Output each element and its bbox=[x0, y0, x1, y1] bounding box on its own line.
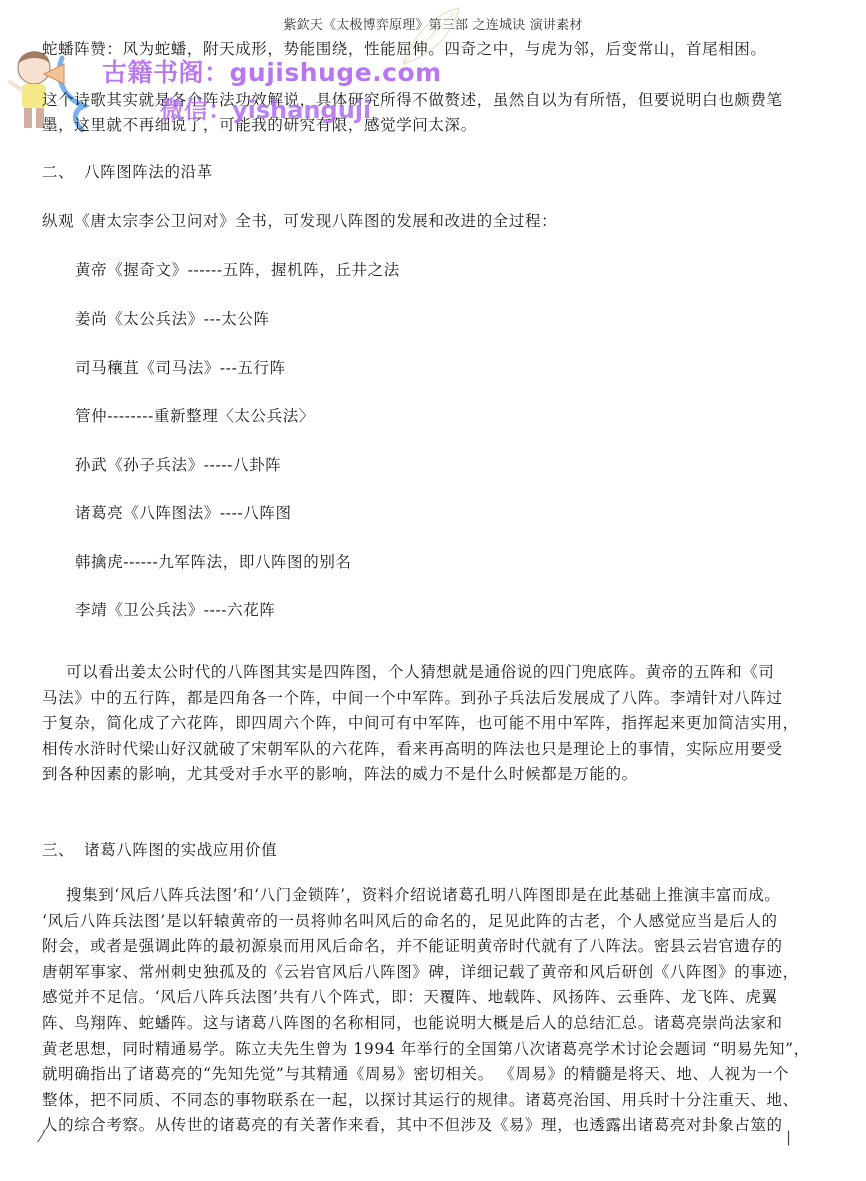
body-line: 就明确指出了诸葛亮的“先知先觉”与其精通《周易》密切相关。 《周易》的精髓是将天… bbox=[42, 1062, 794, 1088]
list-item: 黄帝《握奇文》------五阵，握机阵，丘井之法 bbox=[75, 258, 400, 280]
list-item: 司马穰苴《司马法》---五行阵 bbox=[75, 356, 286, 378]
list-item: 孙武《孙子兵法》-----八卦阵 bbox=[75, 453, 281, 475]
body-line: 阵、鸟翔阵、蛇蟠阵。这与诸葛八阵图的名称相同，也能说明大概是后人的总结汇总。诸葛… bbox=[42, 1011, 794, 1037]
list-item: 韩擒虎------九军阵法，即八阵图的别名 bbox=[75, 550, 352, 572]
site-watermark: 古籍书阁：gujishuge.com bbox=[102, 53, 442, 89]
body-line: ‘风后八阵兵法图’是以轩辕黄帝的一员将帅名叫风后的命名的，足见此阵的古老，个人感… bbox=[42, 909, 794, 935]
footer-right-mark: | bbox=[786, 1128, 791, 1146]
section-title: 诸葛八阵图的实战应用价值 bbox=[84, 841, 277, 859]
section-number: 三、 bbox=[42, 838, 84, 860]
body-line: 黄老思想，同时精通易学。陈立夫先生曾为 1994 年举行的全国第八次诸葛亮学术讨… bbox=[42, 1037, 794, 1063]
document-page: 紫欽天《太极博弈原理》第三部 之连城诀 演讲素材 蛇蟠阵赞：风为蛇蟠，附天成形，… bbox=[0, 0, 866, 1181]
summary-line: 马法》中的五行阵，都是四角各一个阵，中间一个中军阵。到孙子兵法后发展成了八阵。李… bbox=[42, 686, 794, 712]
body-line: 搜集到‘风后八阵兵法图’和‘八门金锁阵’，资料介绍说诸葛孔明八阵图即是在此基础上… bbox=[42, 883, 794, 909]
section-2-lead: 纵观《唐太宗李公卫问对》全书，可发现八阵图的发展和改进的全过程： bbox=[42, 209, 557, 231]
wechat-watermark: 微信：yishanguji bbox=[160, 90, 371, 125]
summary-line: 于复杂，简化成了六花阵，即四周六个阵，中间可有中军阵，也可能不用中军阵，指挥起来… bbox=[42, 711, 794, 737]
list-item: 李靖《卫公兵法》----六花阵 bbox=[75, 598, 275, 620]
body-line: 感觉并不足信。‘风后八阵兵法图’共有八个阵式，即：天覆阵、地载阵、风扬阵、云垂阵… bbox=[42, 985, 794, 1011]
body-line: 整体，把不同质、不同态的事物联系在一起，以探讨其运行的规律。诸葛亮治国、用兵时十… bbox=[42, 1088, 794, 1114]
comment-line-1: 这个诗歌其实就是各个阵法功效解说，具体研究所得不做赘述，虽然自以为有所悟，但要说… bbox=[42, 88, 783, 110]
body-line: 唐朝军事家、常州刺史独孤及的《云岩官风后八阵图》碑，详细记载了黄帝和风后研创《八… bbox=[42, 960, 794, 986]
summary-line: 到各种因素的影响，尤其受对手水平的影响，阵法的威力不是什么时候都是万能的。 bbox=[42, 762, 794, 788]
footer-left-mark: ⁄ bbox=[40, 1128, 43, 1146]
list-item: 姜尚《太公兵法》---太公阵 bbox=[75, 307, 270, 329]
summary-line: 可以看出姜太公时代的八阵图其实是四阵图，个人猜想就是通俗说的四门兜底阵。黄帝的五… bbox=[42, 660, 794, 686]
list-item: 管仲--------重新整理〈太公兵法〉 bbox=[75, 404, 315, 426]
section-number: 二、 bbox=[42, 160, 84, 182]
section-2-heading: 二、八阵图阵法的沿革 bbox=[42, 160, 213, 182]
page-header: 紫欽天《太极博弈原理》第三部 之连城诀 演讲素材 bbox=[0, 14, 866, 33]
section-2-summary: 可以看出姜太公时代的八阵图其实是四阵图，个人猜想就是通俗说的四门兜底阵。黄帝的五… bbox=[42, 660, 794, 788]
list-item: 诸葛亮《八阵图法》----八阵图 bbox=[75, 501, 292, 523]
body-line: 附会，或者是强调此阵的最初源泉而用风后命名，并不能证明黄帝时代就有了八阵法。密县… bbox=[42, 934, 794, 960]
body-line: 人的综合考察。从传世的诸葛亮的有关著作来看，其中不但涉及《易》理，也透露出诸葛亮… bbox=[42, 1113, 794, 1139]
section-3-body: 搜集到‘风后八阵兵法图’和‘八门金锁阵’，资料介绍说诸葛孔明八阵图即是在此基础上… bbox=[42, 883, 794, 1139]
summary-line: 相传水浒时代梁山好汉就破了宋朝军队的六花阵，看来再高明的阵法也只是理论上的事情，… bbox=[42, 737, 794, 763]
section-3-heading: 三、诸葛八阵图的实战应用价值 bbox=[42, 838, 277, 860]
section-title: 八阵图阵法的沿革 bbox=[84, 163, 213, 181]
